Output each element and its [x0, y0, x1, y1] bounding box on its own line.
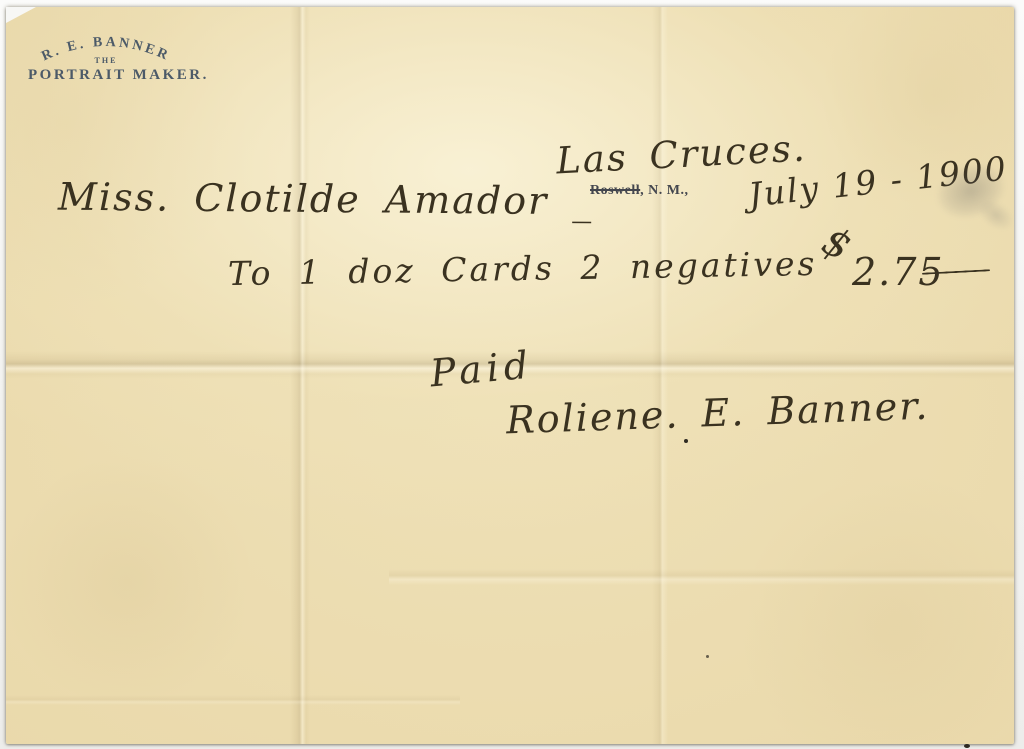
vertical-fold-crease-left	[290, 7, 310, 744]
receipt-paper: R. E. BANNER THE PORTRAIT MAKER. Las Cru…	[6, 7, 1014, 744]
handwritten-paid: Paid	[428, 343, 534, 396]
ink-speck	[684, 439, 688, 443]
printed-place-rest: , N. M.,	[640, 183, 688, 198]
ink-speck	[964, 744, 970, 748]
printed-place-struck: Roswell	[590, 183, 640, 198]
vertical-fold-crease-right	[652, 7, 668, 744]
horizontal-fold-crease-bottom	[6, 695, 460, 705]
letterhead: R. E. BANNER THE PORTRAIT MAKER.	[26, 19, 196, 93]
horizontal-fold-crease-lower	[389, 569, 1014, 585]
printed-place-line: Roswell, N. M.,	[590, 183, 689, 199]
letterhead-title: PORTRAIT MAKER.	[28, 67, 209, 84]
handwritten-recipient: Miss. Clotilde Amador _	[58, 175, 594, 224]
letterhead-subtitle: THE	[26, 56, 186, 65]
handwritten-signature: Roliene. E. Banner.	[505, 384, 930, 443]
handwritten-item-line: To 1 doz Cards 2 negatives	[228, 244, 818, 293]
ink-speck	[706, 655, 709, 658]
